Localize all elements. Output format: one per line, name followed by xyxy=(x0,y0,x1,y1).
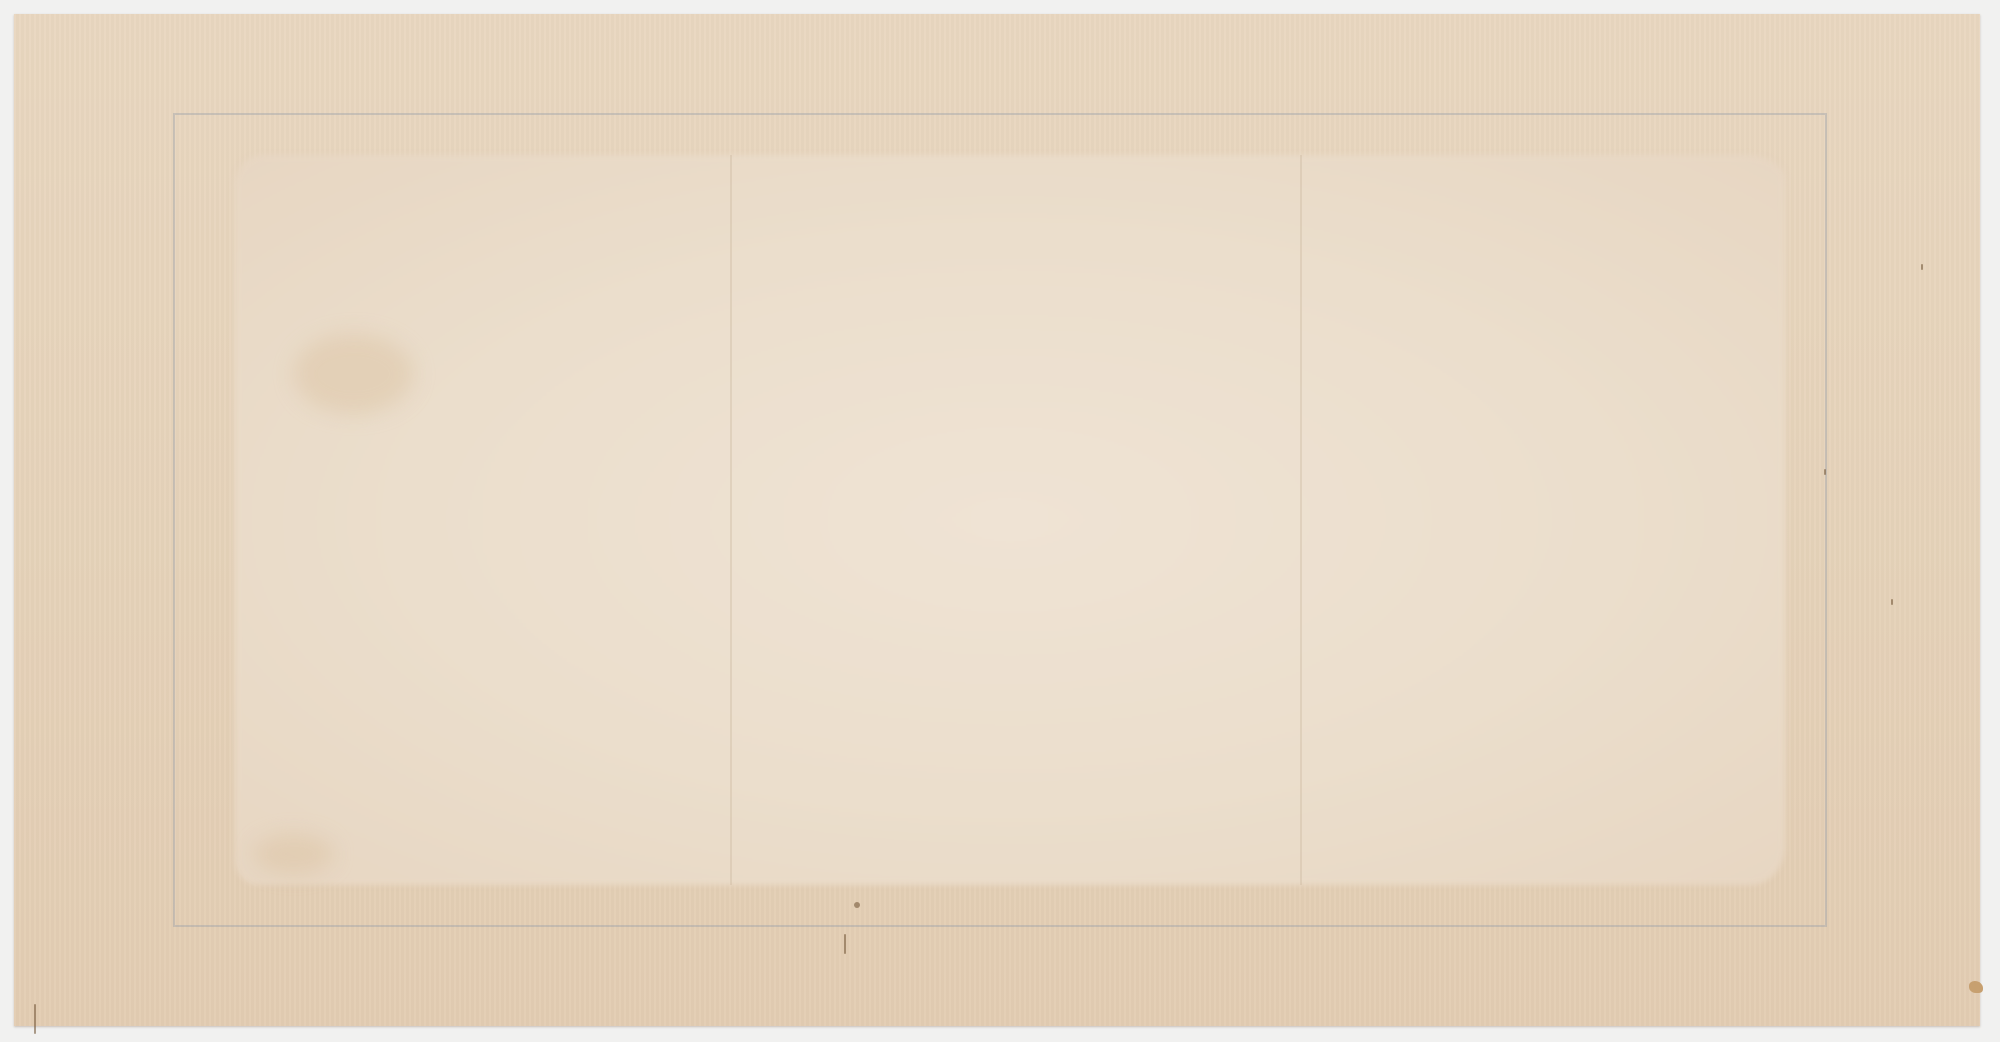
stain-left xyxy=(294,334,414,414)
corner-stain-mark xyxy=(1969,981,1983,993)
panel-seam-left xyxy=(730,155,732,885)
speck xyxy=(1824,469,1826,475)
speck xyxy=(844,934,846,954)
speck xyxy=(1921,264,1923,270)
speck xyxy=(854,902,860,908)
stain-lower-left xyxy=(254,834,334,874)
speck xyxy=(1891,599,1893,605)
paper-sheet xyxy=(14,14,1980,1026)
light-stained-area xyxy=(235,155,1785,885)
panel-seam-right xyxy=(1300,155,1302,885)
speck xyxy=(34,1004,36,1034)
